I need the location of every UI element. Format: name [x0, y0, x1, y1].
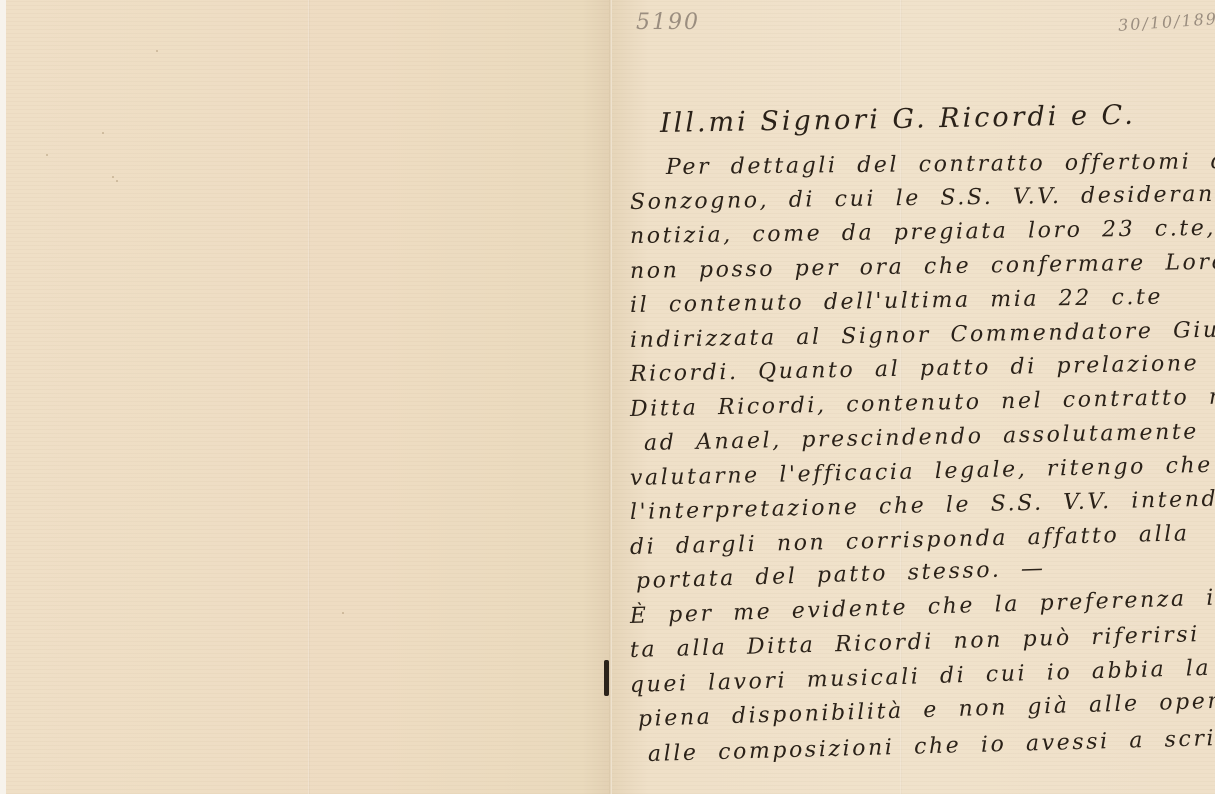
fold-crease — [308, 0, 310, 794]
ink-mark — [604, 660, 609, 696]
paper-speck — [116, 180, 118, 182]
paper-speck — [102, 132, 104, 134]
paper-speck — [112, 176, 114, 178]
letter-body: Ill.mi Signori G. Ricordi e C. Per detta… — [630, 108, 1205, 772]
archive-number: 5190 — [636, 10, 700, 35]
paper-speck — [342, 612, 344, 614]
paper-speck — [46, 154, 48, 156]
paper-speck — [156, 50, 158, 52]
document-scan: 5190 30/10/1892 Ill.mi Signori G. Ricord… — [0, 0, 1215, 794]
